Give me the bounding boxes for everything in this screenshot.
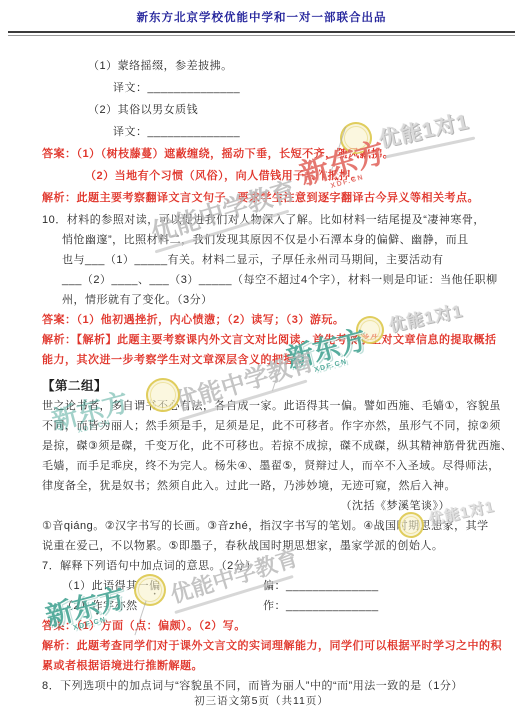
- q7-item-2-answer-blank: ______________: [286, 600, 379, 612]
- q7-analysis-line: 累或者根据语境进行推断解题。: [42, 656, 480, 676]
- passage-source-citation: （沈括《梦溪笔谈》）: [42, 496, 480, 516]
- q9-translation-blank-2: 译文：______________: [113, 122, 480, 142]
- q7-item-1-answer-label: 偏：: [263, 580, 286, 592]
- q7-item-1-dotted-word: 偏: [149, 580, 161, 592]
- q10-stem-line: ___（2）____、___（3）_____（每空不超过4个字），材料一则是印证…: [62, 270, 480, 290]
- q7-item-1: （1）此语得其一偏 偏：______________: [42, 576, 480, 596]
- q10-analysis-line: 解析：【解析】此题主要考察课内外文言文对比阅读。首先考察学生对文章信息的提取概括: [42, 330, 480, 350]
- group2-block: 【第二组】 世之论书者，多自谓书不必有法，各自成一家。此语得其一偏。譬如西施、毛…: [42, 376, 480, 556]
- q9-block: （1）蒙络摇缀，参差披拂。 译文：______________ （2）其俗以男女…: [42, 56, 480, 208]
- q9-translation-blank-1: 译文：______________: [113, 78, 480, 98]
- q9-subquestion-1: （1）蒙络摇缀，参差披拂。: [88, 56, 480, 76]
- passage-footnotes-line: 说重在爱己，不以物累。⑤即墨子，春秋战国时期思想家，墨家学派的创始人。: [42, 536, 480, 556]
- q7-stem: 7．解释下列语句中加点词的意思。（2分）: [42, 556, 480, 576]
- q7-analysis-line: 解析：此题考查同学们对于课外文言文的实词理解能力，同学们可以根据平时学习之中的积: [42, 636, 480, 656]
- q9-answer-line-2: （2）当地有个习惯（风俗），向人借钱用子女作抵押。: [85, 166, 480, 186]
- q7-item-1-answer-blank: ______________: [286, 580, 379, 592]
- q9-analysis: 解析：此题主要考察翻译文言文句子，要求学生注意到逐字翻译古今异义等相关考点。: [42, 188, 480, 208]
- q7-item-1-answer-area: 偏：______________: [263, 576, 379, 596]
- q7-item-2-phrase: （2）作字亦然: [62, 600, 138, 612]
- q10-stem-line: 也与___（1）_____有关。材料二显示，子厚任永州司马期间，主要活动有: [62, 250, 480, 270]
- q9-answer-line-1: 答案：（1）（树枝藤蔓）遮蔽缠绕，摇动下垂，长短不齐，随风飘拂。: [42, 144, 480, 164]
- q7-item-2: （2）作字亦然 作：______________: [42, 596, 480, 616]
- group2-passage-line: 世之论书者，多自谓书不必有法，各自成一家。此语得其一偏。譬如西施、毛嫱①，容貌虽: [42, 396, 480, 416]
- page-number-footer: 初三语文第5页（共11页）: [0, 693, 523, 708]
- q7-item-2-dotted-word: 作: [92, 600, 104, 612]
- q10-analysis-line: 能力，其次进一步考察学生对文章深层含义的把握。: [42, 350, 480, 370]
- q7-item-2-pre: （2）: [62, 600, 92, 612]
- document-body: （1）蒙络摇缀，参差披拂。 译文：______________ （2）其俗以男女…: [42, 56, 480, 696]
- page-header-title: 新东方北京学校优能中学和一对一部联合出品: [0, 9, 523, 25]
- passage-footnotes-line: ①音qiáng。②汉字书写的长画。③音zhé，指汉字书写的笔划。④战国时期思想家…: [42, 516, 480, 536]
- q10-stem-line: 州，情形就有了变化。（3分）: [62, 290, 480, 310]
- q7-item-2-answer-label: 作：: [263, 600, 286, 612]
- group2-passage-line: 毛嫱，而手足乖戾，终不为完人。杨朱④、墨翟⑤，贤辩过人，而卒不入圣域。尽得师法，: [42, 456, 480, 476]
- q10-stem-line: 10．材料的参照对读，可以促进我们对人物深入了解。比如材料一结尾提及“凄神寒骨，: [42, 210, 480, 230]
- q10-block: 10．材料的参照对读，可以促进我们对人物深入了解。比如材料一结尾提及“凄神寒骨，…: [42, 210, 480, 370]
- q7-item-2-answer-area: 作：______________: [263, 596, 379, 616]
- q7-answer: 答案：（1）方面（点：偏颇）。（2）写。: [42, 616, 480, 636]
- group2-passage-line: 不同，而皆为丽人；然手须是手，足须是足，此不可移者。作字亦然，虽形气不同，掠②须: [42, 416, 480, 436]
- header-divider: [8, 31, 515, 36]
- group2-passage-line: 是掠，磔③须是磔，千变万化，此不可移也。若掠不成掠，磔不成磔，纵其精神筋骨犹西施…: [42, 436, 480, 456]
- q7-item-1-phrase: （1）此语得其一偏: [62, 580, 161, 592]
- group2-heading: 【第二组】: [42, 376, 480, 396]
- q7-block: 7．解释下列语句中加点词的意思。（2分） （1）此语得其一偏 偏：_______…: [42, 556, 480, 676]
- q9-subquestion-2: （2）其俗以男女质钱: [88, 100, 480, 120]
- q7-item-2-post: 字亦然: [103, 600, 138, 612]
- q10-answer: 答案：（1）他初遇挫折，内心愤懑；（2）读写；（3）游玩。: [42, 310, 480, 330]
- exam-answer-page: 新东方北京学校优能中学和一对一部联合出品 （1）蒙络摇缀，参差披拂。 译文：__…: [0, 0, 523, 719]
- q7-item-1-pre: （1）此语得其一: [62, 580, 149, 592]
- group2-passage-line: 律度备全，犹是奴书；然须自此入。过此一路，乃涉妙境，无迹可窥，然后入神。: [42, 476, 480, 496]
- q10-stem-line: 悄怆幽邃”，比照材料二，我们发现其原因不仅是小石潭本身的偏僻、幽静，而且: [62, 230, 480, 250]
